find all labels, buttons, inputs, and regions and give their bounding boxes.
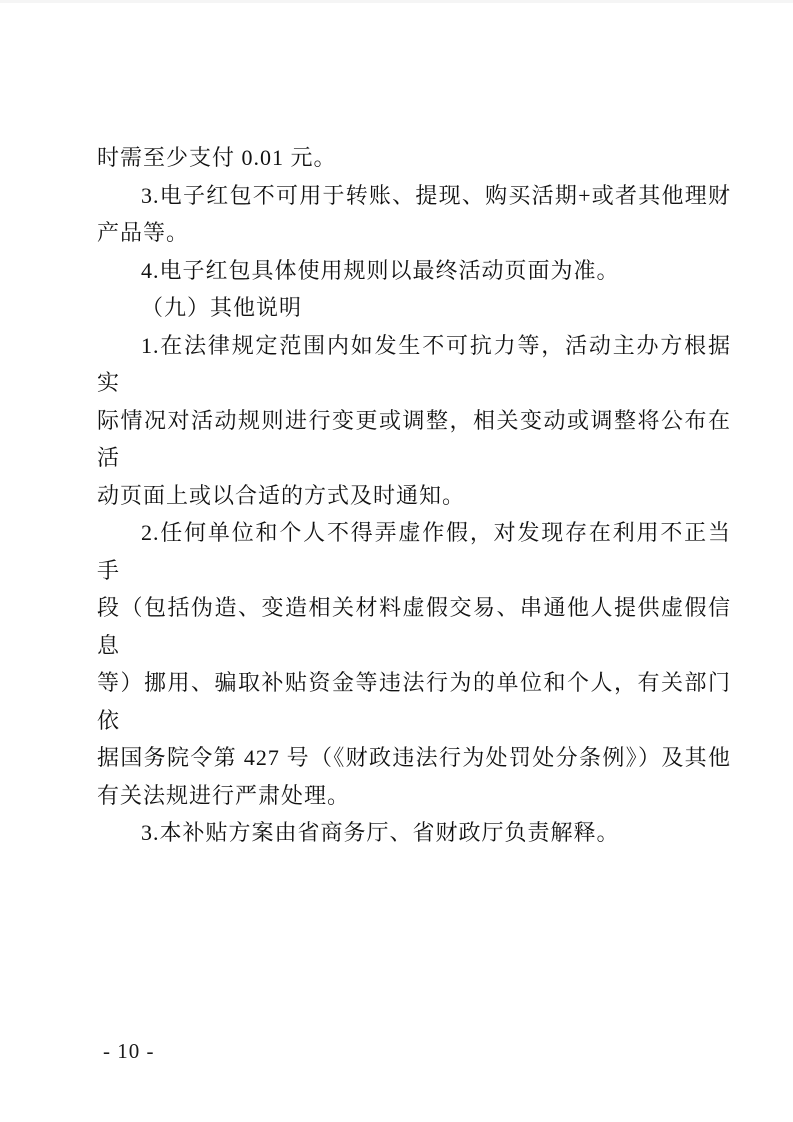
paragraph: 3.本补贴方案由省商务厅、省财政厅负责解释。	[97, 814, 731, 852]
text-line: 2.任何单位和个人不得弄虚作假，对发现存在利用不正当手	[97, 514, 731, 589]
paragraph: 4.电子红包具体使用规则以最终活动页面为准。	[97, 252, 731, 290]
text-line: 时需至少支付 0.01 元。	[97, 139, 731, 177]
text-line: 据国务院令第 427 号（《财政违法行为处罚处分条例》）及其他	[97, 739, 731, 777]
text-line: 3.电子红包不可用于转账、提现、购买活期+或者其他理财	[97, 177, 731, 215]
text-line: 1.在法律规定范围内如发生不可抗力等，活动主办方根据实	[97, 327, 731, 402]
paragraph: 时需至少支付 0.01 元。	[97, 139, 731, 177]
text-line: 际情况对活动规则进行变更或调整，相关变动或调整将公布在活	[97, 402, 731, 477]
paragraph: 3.电子红包不可用于转账、提现、购买活期+或者其他理财 产品等。	[97, 177, 731, 252]
paragraph: （九）其他说明	[97, 289, 731, 327]
paragraph: 2.任何单位和个人不得弄虚作假，对发现存在利用不正当手 段（包括伪造、变造相关材…	[97, 514, 731, 814]
text-line: 等）挪用、骗取补贴资金等违法行为的单位和个人，有关部门依	[97, 664, 731, 739]
text-line: （九）其他说明	[97, 289, 731, 327]
paragraph: 1.在法律规定范围内如发生不可抗力等，活动主办方根据实 际情况对活动规则进行变更…	[97, 327, 731, 515]
text-line: 产品等。	[97, 214, 731, 252]
text-line: 段（包括伪造、变造相关材料虚假交易、串通他人提供虚假信息	[97, 589, 731, 664]
text-line: 动页面上或以合适的方式及时通知。	[97, 477, 731, 515]
document-page: 时需至少支付 0.01 元。 3.电子红包不可用于转账、提现、购买活期+或者其他…	[0, 0, 793, 1122]
page-number: - 10 -	[103, 1038, 155, 1064]
text-line: 有关法规进行严肃处理。	[97, 777, 731, 815]
text-line: 4.电子红包具体使用规则以最终活动页面为准。	[97, 252, 731, 290]
text-line: 3.本补贴方案由省商务厅、省财政厅负责解释。	[97, 814, 731, 852]
page-top-edge	[0, 0, 793, 3]
document-body: 时需至少支付 0.01 元。 3.电子红包不可用于转账、提现、购买活期+或者其他…	[97, 139, 731, 852]
